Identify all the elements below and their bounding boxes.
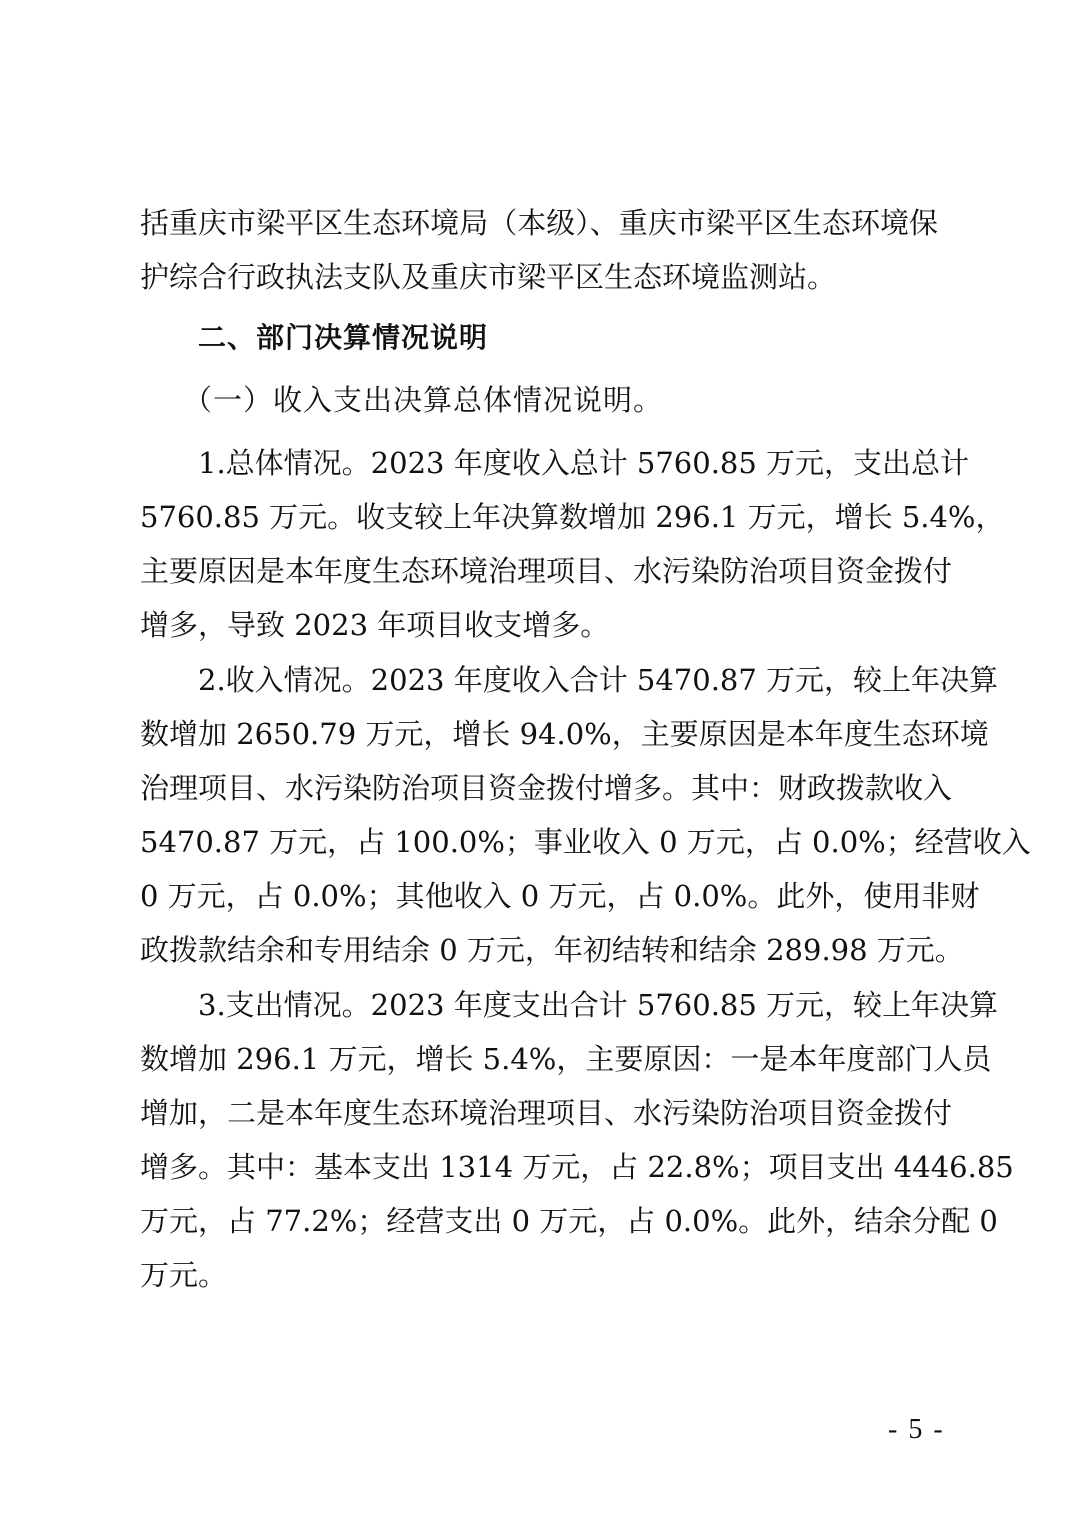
overall-line-3: 主要原因是本年度生态环境治理项目、水污染防治项目资金拨付 xyxy=(140,551,938,591)
income-line-5: 0 万元，占 0.0%；其他收入 0 万元，占 0.0%。此外，使用非财 xyxy=(140,876,938,916)
expenditure-line-5: 万元，占 77.2%；经营支出 0 万元，占 0.0%。此外，结余分配 0 xyxy=(140,1201,938,1241)
subsection-heading: （一）收入支出决算总体情况说明。 xyxy=(183,380,663,420)
overall-line-2: 5760.85 万元。收支较上年决算数增加 296.1 万元，增长 5.4%， xyxy=(140,497,938,537)
expenditure-line-6: 万元。 xyxy=(140,1255,938,1295)
expenditure-line-3: 增加，二是本年度生态环境治理项目、水污染防治项目资金拨付 xyxy=(140,1093,938,1133)
intro-line-1: 括重庆市梁平区生态环境局（本级）、重庆市梁平区生态环境保 xyxy=(140,203,938,243)
income-line-2: 数增加 2650.79 万元，增长 94.0%，主要原因是本年度生态环境 xyxy=(140,714,938,754)
income-line-4: 5470.87 万元，占 100.0%；事业收入 0 万元，占 0.0%；经营收… xyxy=(140,822,938,862)
document-page: 括重庆市梁平区生态环境局（本级）、重庆市梁平区生态环境保 护综合行政执法支队及重… xyxy=(0,0,1075,1520)
expenditure-line-1: 3.支出情况。2023 年度支出合计 5760.85 万元，较上年决算 xyxy=(198,985,938,1025)
intro-line-2: 护综合行政执法支队及重庆市梁平区生态环境监测站。 xyxy=(140,257,938,297)
overall-line-4: 增多，导致 2023 年项目收支增多。 xyxy=(140,605,938,645)
income-line-1: 2.收入情况。2023 年度收入合计 5470.87 万元，较上年决算 xyxy=(198,660,938,700)
income-line-3: 治理项目、水污染防治项目资金拨付增多。其中：财政拨款收入 xyxy=(140,768,938,808)
expenditure-line-4: 增多。其中：基本支出 1314 万元，占 22.8%；项目支出 4446.85 xyxy=(140,1147,938,1187)
page-number: - 5 - xyxy=(888,1412,945,1448)
overall-line-1: 1.总体情况。2023 年度收入总计 5760.85 万元，支出总计 xyxy=(198,443,938,483)
section-heading: 二、部门决算情况说明 xyxy=(198,318,488,358)
expenditure-line-2: 数增加 296.1 万元，增长 5.4%，主要原因：一是本年度部门人员 xyxy=(140,1039,938,1079)
income-line-6: 政拨款结余和专用结余 0 万元，年初结转和结余 289.98 万元。 xyxy=(140,930,938,970)
